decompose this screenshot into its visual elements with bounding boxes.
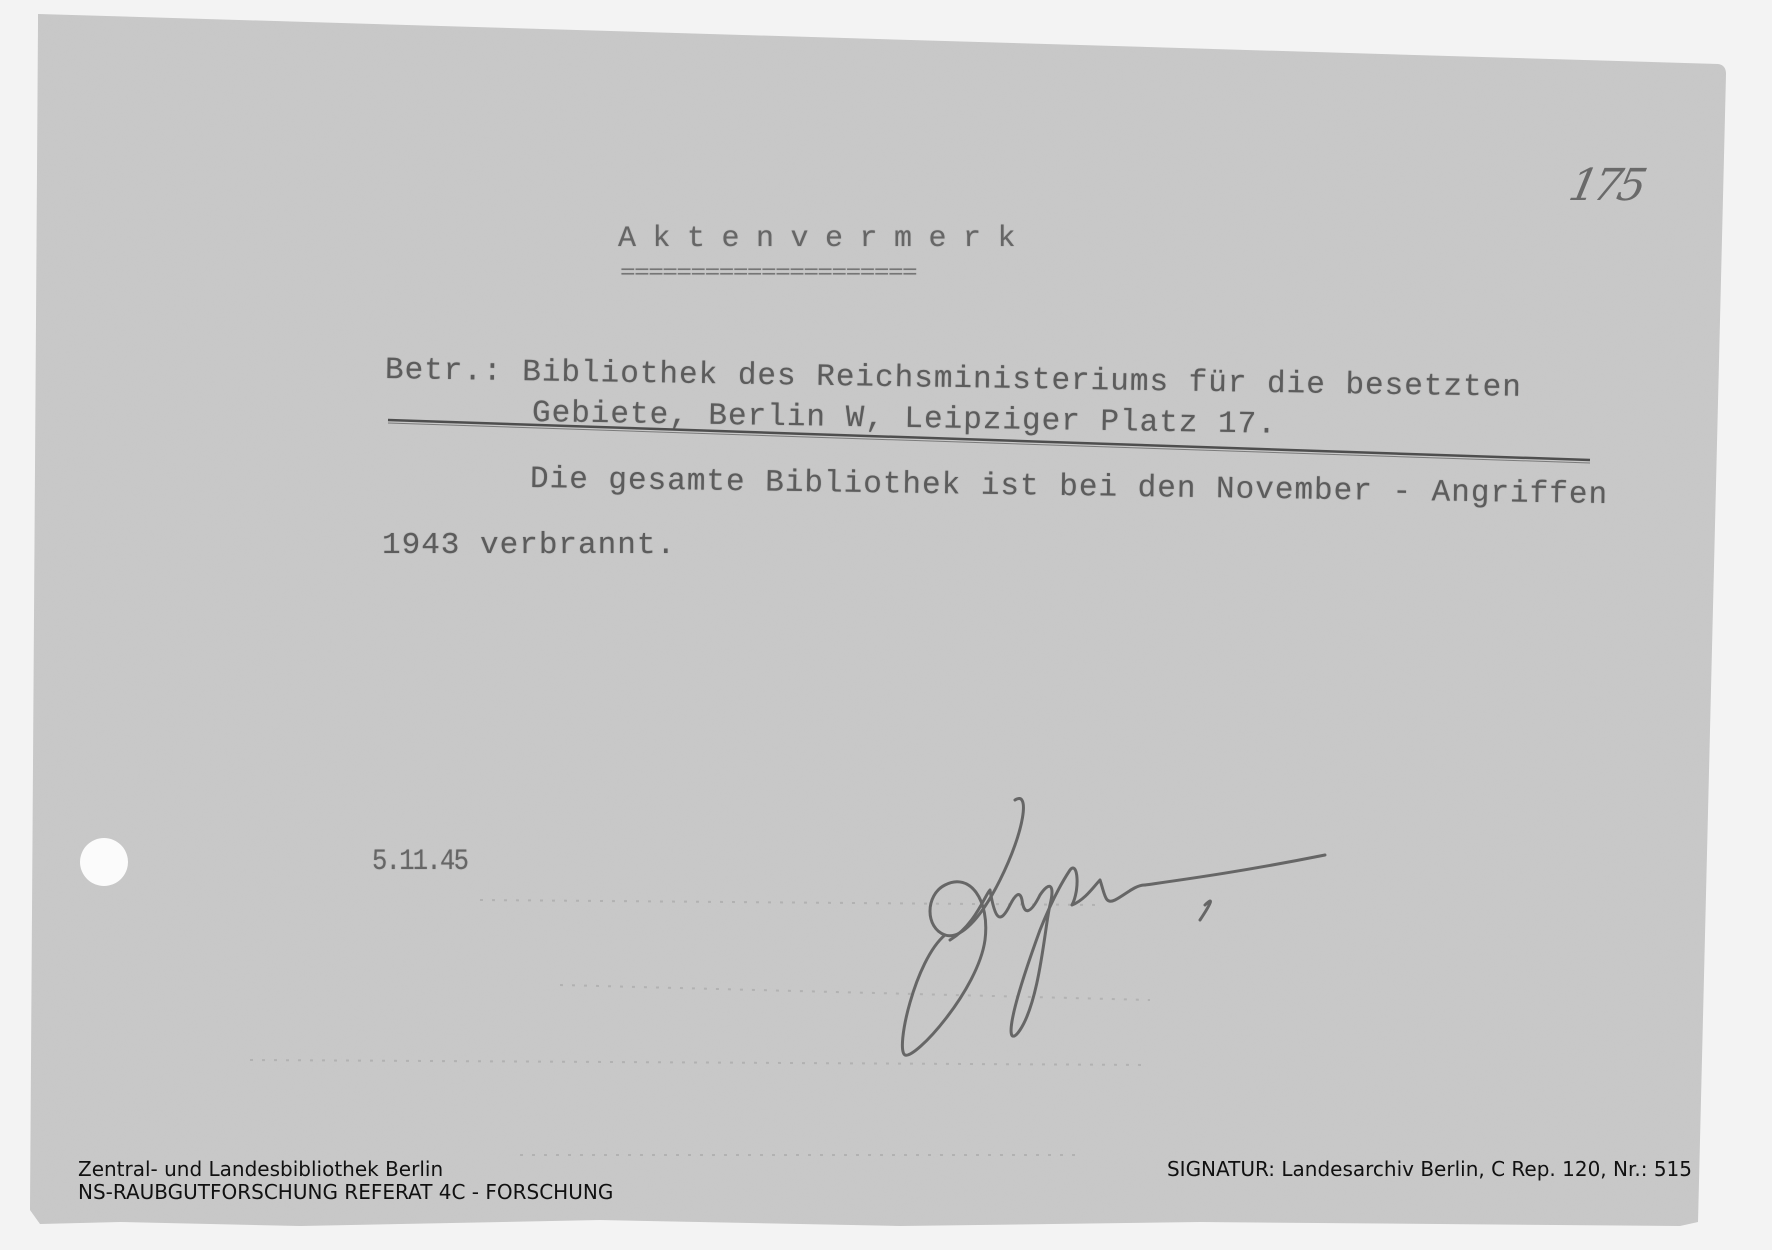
footer-library-name: Zentral- und Landesbibliothek Berlin bbox=[78, 1158, 613, 1181]
footer-signatur: SIGNATUR: Landesarchiv Berlin, C Rep. 12… bbox=[1167, 1158, 1692, 1181]
handwritten-signature bbox=[0, 0, 1772, 1250]
footer-department: NS-RAUBGUTFORSCHUNG REFERAT 4C - FORSCHU… bbox=[78, 1181, 613, 1204]
footer-institution: Zentral- und Landesbibliothek Berlin NS-… bbox=[78, 1158, 613, 1204]
document-scan: 175 Aktenvermerk ===================== B… bbox=[0, 0, 1772, 1250]
